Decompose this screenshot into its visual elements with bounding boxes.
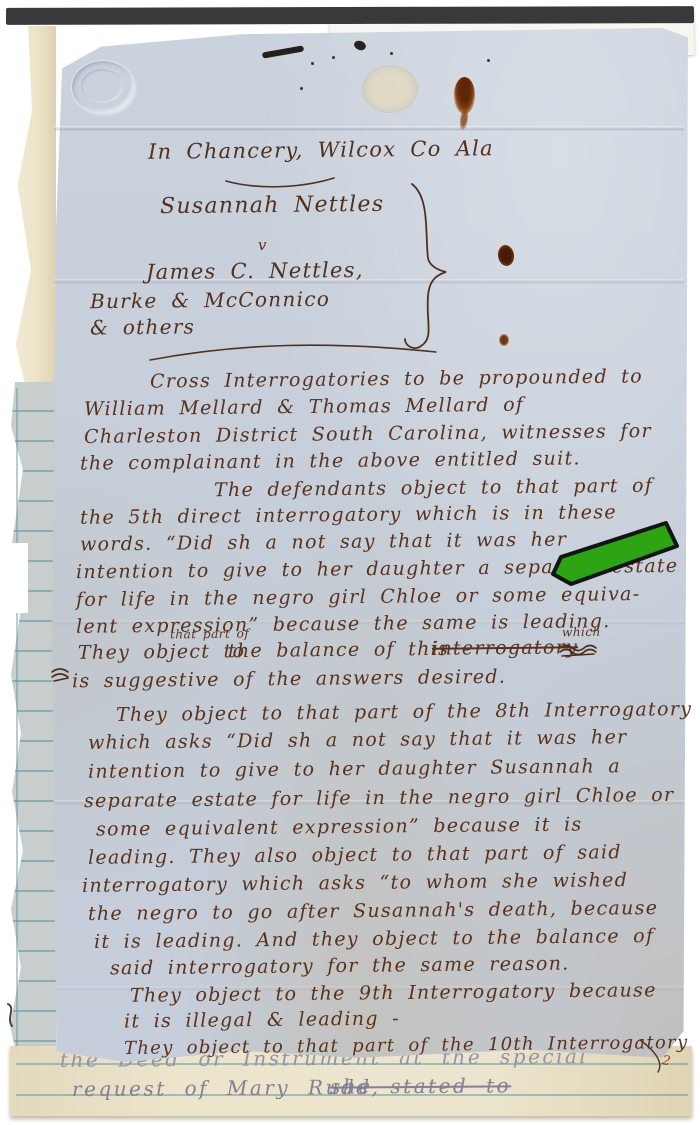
- torn-gap: [2, 543, 28, 613]
- body-line-12: is suggestive of the answers desired.: [72, 668, 506, 692]
- speck: [300, 87, 303, 90]
- body-line-02: William Mellard & Thomas Mellard of: [84, 396, 524, 420]
- underlay-strikethrough: she stated to: [330, 1075, 511, 1096]
- defendant-line-1: James C. Nettles,: [146, 260, 364, 283]
- embossed-seal-inner-ring: [81, 69, 123, 103]
- court-header-line: In Chancery, Wilcox Co Ala: [148, 138, 494, 163]
- defendant-line-3: & others: [90, 316, 195, 337]
- body-line-04: the complainant in the above entitled su…: [80, 449, 581, 473]
- body-line-01: Cross Interrogatories to be propounded t…: [150, 367, 643, 391]
- water-stain: [362, 65, 418, 113]
- scanned-document: the Deed or Instrument at the special re…: [0, 0, 700, 1125]
- body-line-11a: They object to: [78, 642, 245, 663]
- ledger-paper-strip: [6, 382, 56, 1114]
- ink-spot: [499, 334, 509, 346]
- versus-mark: v: [258, 238, 268, 253]
- scanner-edge-strip: [6, 6, 694, 25]
- body-line-07: words. “Did sh a not say that it was her: [80, 530, 567, 554]
- ledger-margin-line: [16, 388, 18, 1110]
- speck: [390, 52, 393, 55]
- body-line-05: The defendants object to that part of: [214, 477, 653, 501]
- insert-which: which: [562, 626, 601, 638]
- speck: [332, 56, 335, 59]
- plaintiff-name: Susannah Nettles: [160, 194, 385, 218]
- fold-crease: [54, 126, 684, 131]
- insert-that-part-of: that part of: [170, 628, 249, 641]
- speck: [487, 59, 490, 62]
- speck: [311, 62, 314, 65]
- page-mark: 2: [661, 1054, 673, 1069]
- body-line-22: said interrogatory for the same reason.: [110, 955, 570, 979]
- body-line-24: it is illegal & leading -: [124, 1010, 400, 1032]
- body-line-11c-struck: interrogatory: [432, 638, 578, 659]
- body-line-17: some equivalent expression” because it i…: [96, 815, 583, 839]
- body-line-11b: the balance of this: [228, 640, 449, 661]
- defendant-line-2: Burke & McConnico: [90, 289, 330, 312]
